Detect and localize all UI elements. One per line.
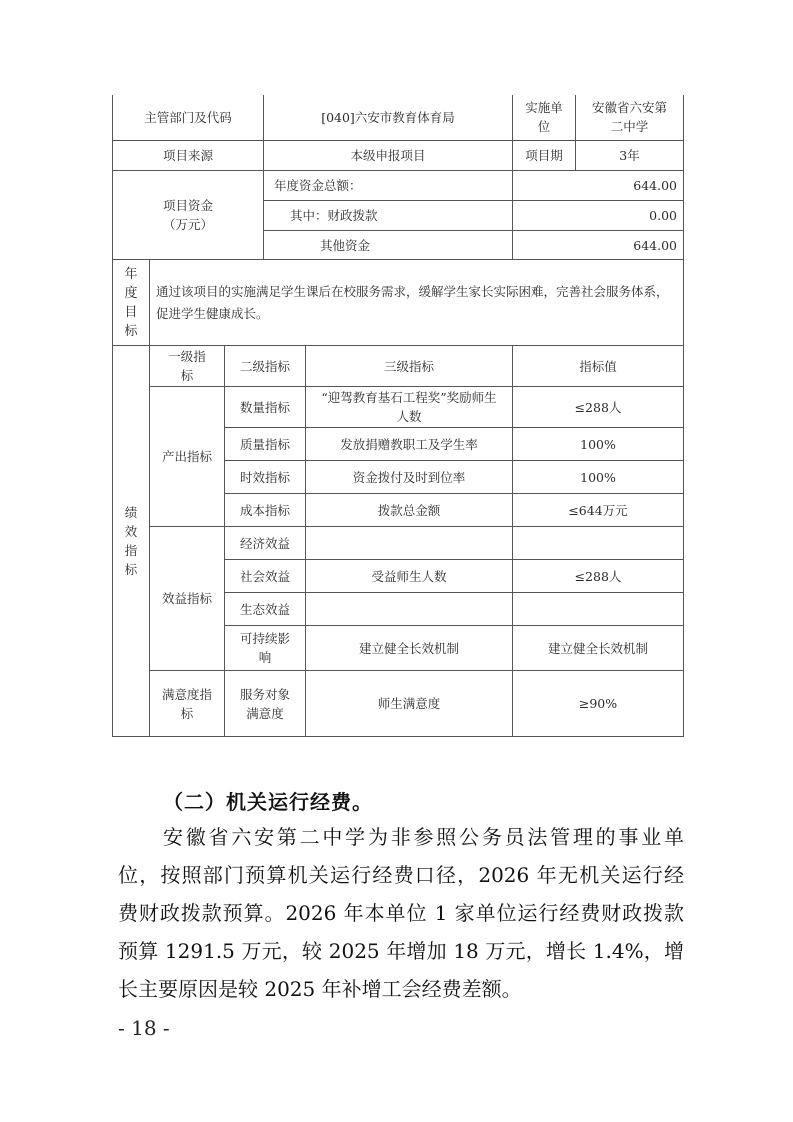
level2-cell: 生态效益	[225, 593, 306, 626]
funds-total-value: 644.00	[513, 171, 684, 201]
header-level1: 一级指标	[150, 346, 225, 387]
funds-other-label: 其他资金	[264, 231, 513, 260]
funds-label-cell: 项目资金 （万元）	[113, 171, 264, 260]
level2-cell: 服务对象满意度	[225, 671, 306, 737]
level3-cell: “迎驾教育基石工程奖”奖励师生人数	[306, 387, 513, 428]
header-level2: 二级指标	[225, 346, 306, 387]
period-value: 3年	[576, 140, 684, 170]
section-heading: （二）机关运行经费。	[163, 786, 373, 815]
level3-cell: 受益师生人数	[306, 560, 513, 593]
document-page: 主管部门及代码 [040]六安市教育体育局 实施单位 安徽省六安第二中学 项目来…	[0, 0, 793, 1122]
funds-total-label: 年度资金总额：	[264, 171, 513, 201]
paragraph-line-1: 安徽省六安第二中学为非参照公务员法管理的事业单	[163, 818, 684, 856]
paragraph-line-3: 费财政拨款预算。2026 年本单位 1 家单位运行经费财政拨款	[118, 894, 684, 932]
level3-cell: 资金拨付及时到位率	[306, 461, 513, 494]
funds-fiscal-value: 0.00	[513, 201, 684, 231]
indicators-section-label: 绩效指标	[113, 503, 149, 579]
level1-output: 产出指标	[150, 387, 225, 527]
level2-cell: 时效指标	[225, 461, 306, 494]
value-cell: 建立健全长效机制	[513, 626, 684, 671]
indicators-table: 年度目标 通过该项目的实施满足学生课后在校服务需求，缓解学生家长实际困难，完善社…	[112, 259, 684, 737]
header-value: 指标值	[513, 346, 684, 387]
table-row: 产出指标 数量指标 “迎驾教育基石工程奖”奖励师生人数 ≤288人	[113, 387, 684, 428]
funds-unit: （万元）	[117, 215, 259, 234]
paragraph-line-5: 长主要原因是较 2025 年补增工会经费差额。	[118, 970, 684, 1008]
paragraph-line-2: 位，按照部门预算机关运行经费口径，2026 年无机关运行经	[118, 856, 684, 894]
period-label: 项目期	[513, 140, 576, 170]
funds-table: 项目资金 （万元） 年度资金总额： 644.00 其中：财政拨款 0.00 其他…	[112, 170, 684, 260]
funds-other-value: 644.00	[513, 231, 684, 260]
source-value: 本级申报项目	[264, 140, 513, 170]
source-label: 项目来源	[113, 140, 264, 170]
level3-cell	[306, 527, 513, 560]
unit-value: 安徽省六安第二中学	[576, 95, 684, 140]
funds-label: 项目资金	[117, 196, 259, 215]
value-cell: ≤644万元	[513, 494, 684, 527]
level2-cell: 数量指标	[225, 387, 306, 428]
level3-cell: 拨款总金额	[306, 494, 513, 527]
header-level3: 三级指标	[306, 346, 513, 387]
unit-label: 实施单位	[513, 95, 576, 140]
value-cell	[513, 593, 684, 626]
dept-value: [040]六安市教育体育局	[264, 95, 513, 140]
annual-goal-text: 通过该项目的实施满足学生课后在校服务需求，缓解学生家长实际困难，完善社会服务体系…	[150, 260, 684, 346]
annual-goal-label-cell: 年度目标	[113, 260, 150, 346]
paragraph-line-4: 预算 1291.5 万元，较 2025 年增加 18 万元，增长 1.4%，增	[118, 932, 684, 970]
table-row: 效益指标 经济效益	[113, 527, 684, 560]
level1-satisfaction: 满意度指标	[150, 671, 225, 737]
level3-cell: 建立健全长效机制	[306, 626, 513, 671]
annual-goal-label: 年度目标	[113, 265, 149, 341]
funds-fiscal-label: 其中：财政拨款	[264, 201, 513, 231]
level2-cell: 成本指标	[225, 494, 306, 527]
level2-cell: 社会效益	[225, 560, 306, 593]
level3-cell: 师生满意度	[306, 671, 513, 737]
project-info-table: 主管部门及代码 [040]六安市教育体育局 实施单位 安徽省六安第二中学 项目来…	[112, 95, 684, 171]
table-row: 满意度指标 服务对象满意度 师生满意度 ≥90%	[113, 671, 684, 737]
level2-cell: 质量指标	[225, 428, 306, 461]
level2-cell: 可持续影响	[225, 626, 306, 671]
level2-cell: 经济效益	[225, 527, 306, 560]
level3-cell	[306, 593, 513, 626]
level1-benefit: 效益指标	[150, 527, 225, 671]
value-cell: ≥90%	[513, 671, 684, 737]
value-cell: ≤288人	[513, 560, 684, 593]
dept-label: 主管部门及代码	[113, 95, 264, 140]
indicators-section-label-cell: 绩效指标	[113, 346, 150, 737]
value-cell: 100%	[513, 428, 684, 461]
value-cell	[513, 527, 684, 560]
page-number: - 18 -	[118, 1016, 170, 1040]
value-cell: 100%	[513, 461, 684, 494]
value-cell: ≤288人	[513, 387, 684, 428]
level3-cell: 发放捐赠教职工及学生率	[306, 428, 513, 461]
